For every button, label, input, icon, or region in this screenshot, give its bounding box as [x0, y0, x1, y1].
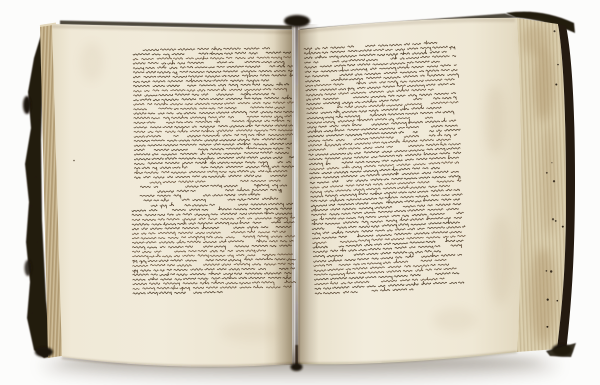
gutter-shadow-right [299, 24, 319, 364]
left-fore-edge-bottom-shade [35, 347, 53, 357]
paper-stain-4 [220, 322, 280, 342]
fore-edge-stain-top [534, 46, 554, 122]
edge-speck [554, 30, 556, 32]
edge-speck [547, 299, 549, 301]
margin-ink-dot [73, 160, 75, 162]
fore-edge-stain-corner [522, 24, 550, 56]
spine-headband-top [284, 15, 310, 27]
photo-canvas [0, 0, 600, 385]
spine-tailband-bottom [291, 363, 303, 371]
edge-speck [35, 176, 37, 178]
gutter-shadow-left [274, 26, 294, 365]
edge-speck [550, 270, 552, 272]
edge-speck [546, 270, 548, 272]
paper-stain-2 [488, 215, 512, 305]
edge-speck [562, 226, 564, 228]
edge-speck [38, 119, 40, 121]
edge-speck [553, 180, 555, 182]
edge-speck [37, 241, 38, 242]
paper-stain-3 [433, 308, 477, 332]
gutter-fold-line [295, 26, 299, 367]
edge-speck [30, 205, 32, 207]
edge-speck [557, 300, 559, 302]
edge-speck [555, 220, 557, 222]
paper-stain-5 [80, 42, 104, 82]
edge-speck [552, 218, 554, 220]
edge-speck [555, 84, 557, 86]
edge-speck [551, 162, 552, 163]
fore-edge-stain-mid [541, 125, 557, 235]
manuscript-photo [0, 0, 600, 385]
fore-edge-stain-bottom [530, 248, 556, 344]
edge-speck [546, 172, 548, 174]
edge-speck [546, 326, 548, 328]
paper-stain-1 [485, 85, 505, 155]
edge-speck [32, 312, 33, 313]
edge-speck [557, 64, 558, 65]
left-edge-bump-2 [25, 260, 32, 276]
left-edge-bump [23, 96, 31, 114]
